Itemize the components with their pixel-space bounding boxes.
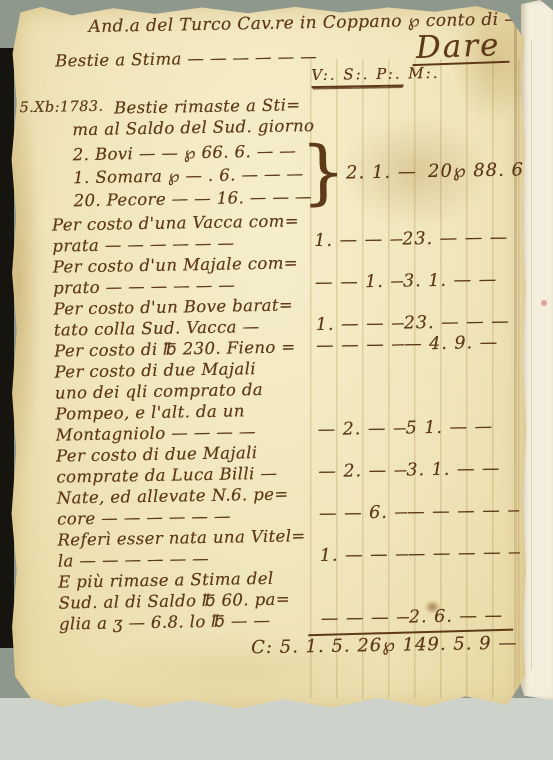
- amount-second-column: 3. 1. — —: [406, 459, 518, 482]
- amount-first-column: 1. — — — —: [316, 314, 404, 337]
- amount-second-column: 23. — — — —: [404, 312, 516, 335]
- amount-second-column: 2. 6. — —: [409, 606, 521, 629]
- underlying-page-red-mark: [541, 300, 547, 306]
- amount-second-column: 3. 1. — —: [403, 270, 515, 293]
- underlying-page-rule-line: [531, 40, 532, 670]
- amount-first-column: — — — — —: [316, 335, 404, 358]
- backdrop-dark-edge: [0, 48, 14, 648]
- group-item-line: 20. Pecore — — 16. — — —: [73, 185, 301, 212]
- amount-first-column: — 2. — —: [318, 460, 406, 483]
- amount-first-column: 1. — — — —: [320, 544, 408, 567]
- dare-heading: Dare: [412, 30, 510, 66]
- amount-second-column: — 4. 9. —: [404, 333, 516, 356]
- entry-date: 15.Xb:1783.: [10, 97, 104, 120]
- underlying-page: [521, 0, 553, 700]
- handwritten-content: And.a del Turco Cav.re in Coppano ℘ cont…: [48, 10, 521, 662]
- ledger-entries: Per costo d'una Vacca com=prata — — — — …: [52, 207, 521, 635]
- amount-second-column: 5 1. — —: [405, 417, 517, 440]
- entry-description: glia a ʒ — 6.8. lo ℔ — —: [59, 609, 321, 635]
- account-title-line2: Bestie a Stima — — — — — —: [55, 46, 317, 72]
- photograph-background: And.a del Turco Cav.re in Coppano ℘ cont…: [0, 0, 553, 760]
- amount-first-column: 1. — — — —: [314, 230, 402, 253]
- livestock-group-lines: 2. Bovi — — ℘ 66. 6. — —1. Somara ℘ — . …: [51, 139, 302, 212]
- amount-second-column: — — — — —: [408, 543, 520, 566]
- currency-column-headers: V:. S:. P:. M:.: [311, 63, 403, 88]
- amount-second-column: — — — — —: [407, 501, 519, 524]
- manuscript-page: And.a del Turco Cav.re in Coppano ℘ cont…: [10, 4, 528, 712]
- amount-first-column: — — 1. —: [315, 272, 403, 295]
- group-amount-first-column: 2. 1. —: [346, 161, 428, 183]
- amount-second-column: 23. — — — —: [402, 228, 514, 251]
- amount-first-column: — 2. — —: [317, 418, 405, 441]
- ledger-body: 15.Xb:1783. Bestie rimaste a Sti=ma al S…: [50, 91, 522, 662]
- grouping-brace: }: [301, 139, 347, 204]
- amount-first-column: — — 6. —: [319, 502, 407, 525]
- backdrop-table-surface: [0, 698, 553, 760]
- amount-first-column: — — — — —: [321, 607, 409, 630]
- opening-statement: Bestie rimaste a Sti=ma al Saldo del Sud…: [50, 91, 513, 141]
- livestock-group-entry: 2. Bovi — — ℘ 66. 6. — —1. Somara ℘ — . …: [51, 136, 514, 213]
